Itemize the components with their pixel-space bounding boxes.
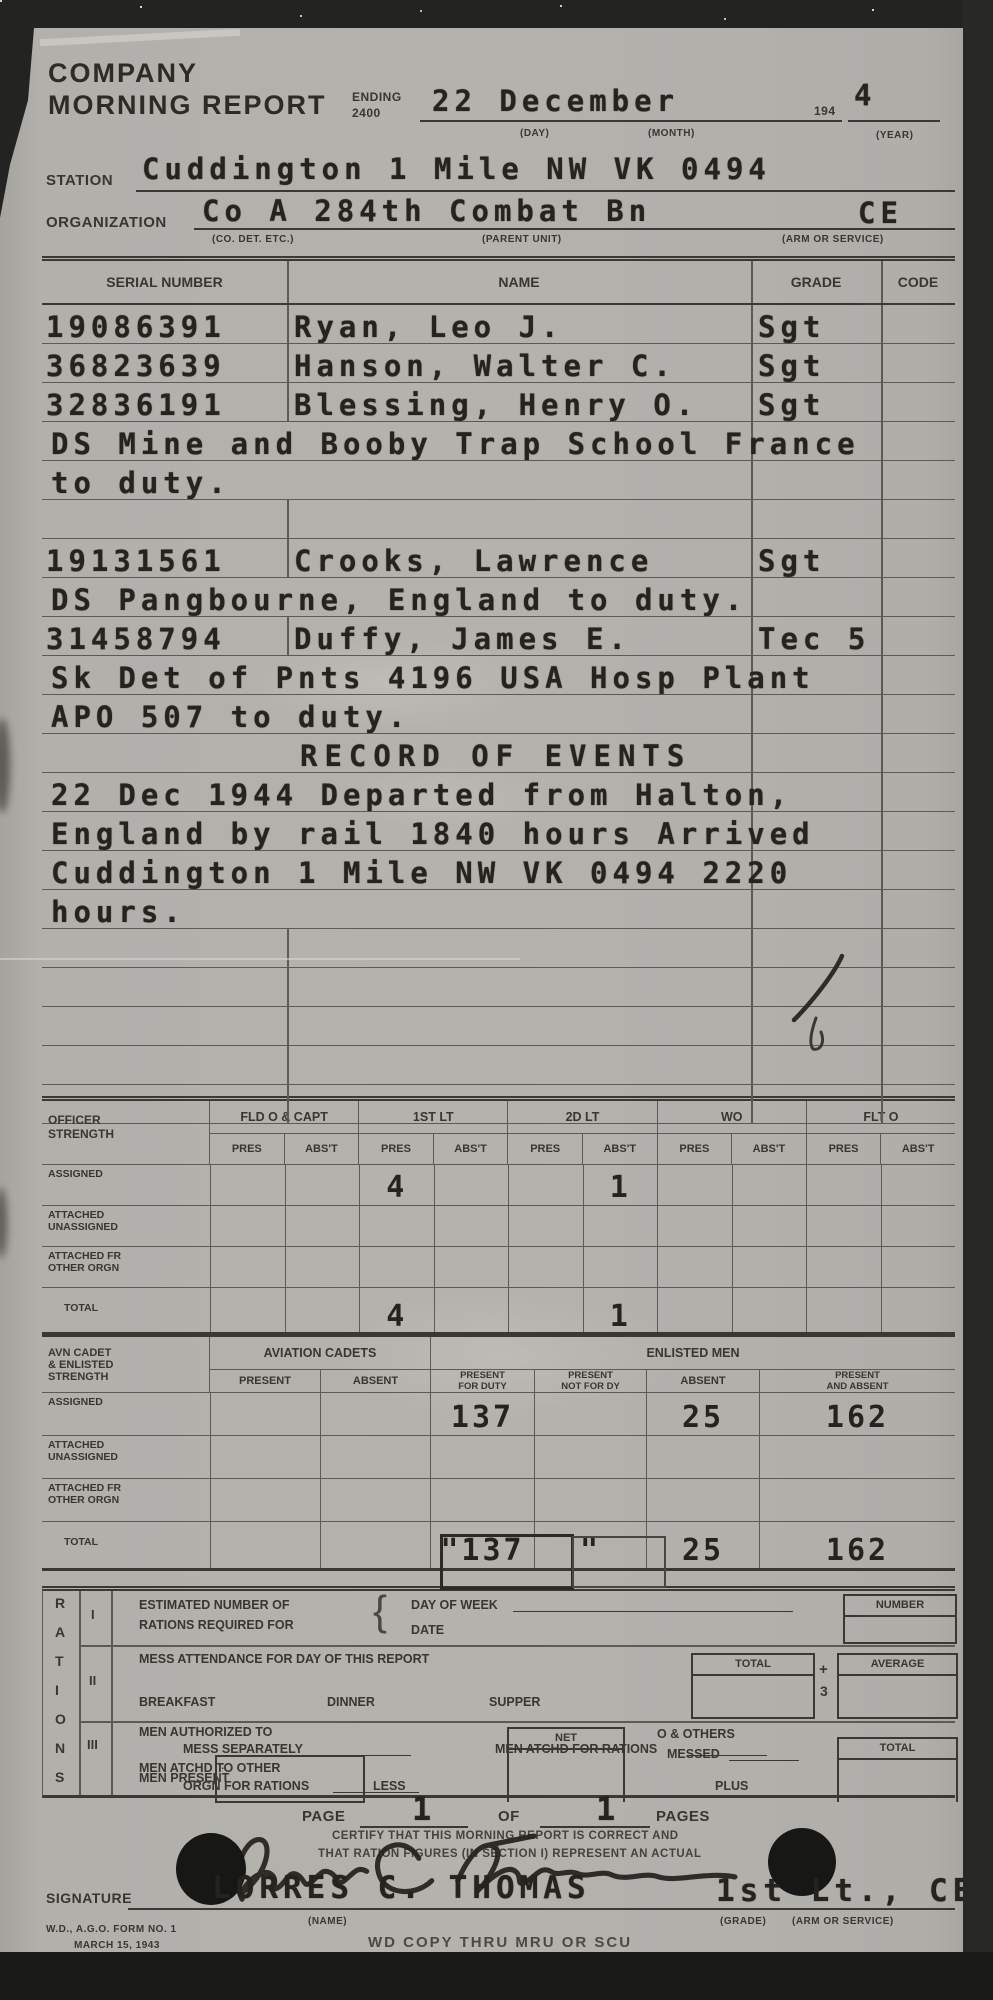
- mess-total-box: TOTAL: [691, 1653, 815, 1719]
- column-divider: [881, 578, 883, 616]
- rations-divider: [79, 1721, 955, 1723]
- column-divider: [751, 578, 753, 616]
- section-2-numeral: II: [89, 1673, 96, 1688]
- value-cell: [359, 1206, 434, 1246]
- column-divider: [881, 695, 883, 733]
- column-divider: [751, 734, 753, 772]
- scratch-line: [0, 958, 520, 960]
- handdrawn-box: [440, 1534, 574, 1590]
- remark-cell: 22 Dec 1944 Departed from Halton,: [51, 779, 792, 811]
- mess-attendance-label: MESS ATTENDANCE FOR DAY OF THIS REPORT: [139, 1652, 429, 1666]
- table-row: 19131561 Crooks, Lawrence Sgt: [42, 539, 955, 578]
- value-cell: [210, 1206, 285, 1246]
- value-cell: [508, 1206, 583, 1246]
- supper-label: SUPPER: [489, 1695, 540, 1709]
- column-divider: [881, 734, 883, 772]
- table-row: ASSIGNED 41: [42, 1165, 955, 1206]
- grade-caption: (GRADE): [720, 1916, 766, 1927]
- table-row: 19086391 Ryan, Leo J. Sgt: [42, 305, 955, 344]
- value-cell: [657, 1206, 732, 1246]
- officer-group-header: 1ST LT: [358, 1101, 507, 1133]
- column-divider: [287, 305, 289, 343]
- column-divider: [287, 344, 289, 382]
- form-title-line1: COMPANY: [48, 58, 198, 89]
- value-cell: 137: [430, 1393, 534, 1435]
- value-cell: [434, 1247, 509, 1287]
- rations-letter: T: [55, 1653, 64, 1669]
- column-divider: [881, 500, 883, 538]
- enlisted-subheader: PRESENT FOR DUTY: [430, 1370, 534, 1392]
- value-cell: [285, 1288, 360, 1334]
- value-cell: [285, 1206, 360, 1246]
- value-cell: [508, 1165, 583, 1205]
- name-cell: Crooks, Lawrence: [294, 545, 653, 577]
- value-cell: [881, 1206, 956, 1246]
- scratch-line: [40, 29, 240, 46]
- remark-cell: England by rail 1840 hours Arrived: [51, 818, 815, 850]
- remark-cell: Cuddington 1 Mile NW VK 0494 2220: [51, 857, 792, 889]
- column-divider: [751, 305, 753, 343]
- officer-group-header: FLD O & CAPT: [210, 1101, 358, 1133]
- table-row: 22 Dec 1944 Departed from Halton,: [42, 773, 955, 812]
- value-cell: [430, 1436, 534, 1478]
- value-cell: [646, 1436, 759, 1478]
- value-cell: [534, 1479, 646, 1521]
- rations-line: ESTIMATED NUMBER OF: [139, 1598, 289, 1612]
- value-cell: [210, 1436, 320, 1478]
- day-caption: (DAY): [520, 128, 549, 139]
- column-divider: [881, 344, 883, 382]
- column-divider: [287, 929, 289, 967]
- table-row: ATTACHED FR OTHER ORGN: [42, 1247, 955, 1288]
- column-divider: [751, 1085, 753, 1123]
- column-divider: [287, 383, 289, 421]
- brace-glyph: {: [373, 1587, 387, 1635]
- column-divider: [881, 851, 883, 889]
- row-label: ATTACHED FR OTHER ORGN: [42, 1247, 210, 1287]
- form-title-line2: MORNING REPORT: [48, 90, 327, 121]
- grade-cell: Sgt: [758, 389, 825, 421]
- value-cell: [210, 1479, 320, 1521]
- value-cell: [210, 1288, 285, 1334]
- col-header-name: NAME: [287, 261, 751, 303]
- column-divider: [751, 383, 753, 421]
- ending-label: ENDING: [352, 90, 402, 104]
- col-header-code: CODE: [881, 261, 955, 303]
- serial-number-cell: 36823639: [46, 350, 226, 382]
- rations-divider: [79, 1591, 81, 1795]
- table-row: ATTACHED FR OTHER ORGN: [42, 1479, 955, 1522]
- value-cell: [881, 1288, 956, 1334]
- value-cell: [881, 1247, 956, 1287]
- fill-line: [729, 1744, 799, 1761]
- column-divider: [751, 695, 753, 733]
- rations-letter: I: [55, 1682, 59, 1698]
- ending-time: 2400: [352, 106, 381, 120]
- value-cell: [210, 1393, 320, 1435]
- value-cell: [657, 1165, 732, 1205]
- rations-total-box: TOTAL: [837, 1737, 958, 1802]
- column-divider: [751, 968, 753, 1006]
- year-caption: (YEAR): [876, 130, 913, 141]
- column-divider: [881, 617, 883, 655]
- value-cell: [430, 1479, 534, 1521]
- column-divider: [751, 1046, 753, 1084]
- column-divider: [751, 344, 753, 382]
- table-row: RECORD OF EVENTS: [42, 734, 955, 773]
- messed-label: MESSED: [667, 1747, 720, 1761]
- officer-group-header-row: FLD O & CAPT1ST LT2D LTWOFLT O: [210, 1101, 955, 1134]
- column-divider: [751, 617, 753, 655]
- remark-cell: Sk Det of Pnts 4196 USA Hosp Plant: [51, 662, 815, 694]
- rations-letter: N: [55, 1740, 65, 1756]
- average-box: AVERAGE: [837, 1653, 958, 1719]
- column-divider: [881, 383, 883, 421]
- remark-cell: RECORD OF EVENTS: [300, 740, 691, 772]
- column-divider: [881, 1046, 883, 1084]
- value-cell: [732, 1206, 807, 1246]
- aviation-cadets-header: AVIATION CADETS: [210, 1337, 430, 1369]
- less-label: LESS: [373, 1779, 406, 1793]
- mess-total-label: TOTAL: [693, 1655, 813, 1676]
- officer-subheader: PRES: [657, 1134, 732, 1164]
- signer-name-typed: LORRES C. THOMAS: [212, 1870, 591, 1906]
- enlisted-subheader: ABSENT: [646, 1370, 759, 1392]
- date-label: DATE: [411, 1623, 444, 1637]
- men-present-box: [215, 1755, 365, 1803]
- value-cell: 162: [759, 1393, 955, 1435]
- value-cell: [657, 1247, 732, 1287]
- value-cell: [359, 1247, 434, 1287]
- arm-caption: (ARM OR SERVICE): [792, 1916, 894, 1927]
- value-cell: [534, 1436, 646, 1478]
- table-row: 31458794 Duffy, James E. Tec 5: [42, 617, 955, 656]
- value-cell: [759, 1479, 955, 1521]
- value-cell: 1: [583, 1288, 658, 1334]
- column-divider: [751, 1007, 753, 1045]
- value-cell: [646, 1479, 759, 1521]
- enlisted-group-header-row: AVIATION CADETS ENLISTED MEN: [210, 1337, 955, 1370]
- fill-line: [513, 1593, 793, 1612]
- value-cell: [806, 1206, 881, 1246]
- value-cell: [320, 1393, 430, 1435]
- scan-border-right: [963, 0, 993, 2000]
- value-cell: [508, 1288, 583, 1334]
- paper-sheet: COMPANY MORNING REPORT ENDING 2400 22 De…: [0, 28, 963, 1952]
- rations-letter: O: [55, 1711, 66, 1727]
- column-divider: [881, 968, 883, 1006]
- column-divider: [881, 539, 883, 577]
- remark-cell: hours.: [51, 896, 186, 928]
- enlisted-subheader: ABSENT: [320, 1370, 430, 1392]
- col-header-grade: GRADE: [751, 261, 881, 303]
- officer-subheader: ABS'T: [284, 1134, 359, 1164]
- table-row: to duty.: [42, 461, 955, 500]
- column-divider: [751, 461, 753, 499]
- table-row: ATTACHED UNASSIGNED: [42, 1436, 955, 1479]
- section-3-numeral: III: [87, 1737, 98, 1752]
- plus-label: PLUS: [715, 1779, 748, 1793]
- table-row: TOTAL 41: [42, 1288, 955, 1334]
- officer-strength-table: OFFICER STRENGTH FLD O & CAPT1ST LT2D LT…: [42, 1096, 955, 1337]
- date-underline: [420, 98, 842, 122]
- fill-line: [321, 1739, 411, 1756]
- column-divider: [287, 1046, 289, 1084]
- row-label: ATTACHED UNASSIGNED: [42, 1436, 210, 1478]
- parent-unit-caption: (PARENT UNIT): [482, 234, 562, 245]
- grade-cell: Sgt: [758, 311, 825, 343]
- breakfast-label: BREAKFAST: [139, 1695, 215, 1709]
- section-1-numeral: I: [91, 1607, 95, 1622]
- value-cell: [285, 1165, 360, 1205]
- officer-subheader: ABS'T: [433, 1134, 508, 1164]
- value-cell: [434, 1165, 509, 1205]
- value-cell: [320, 1479, 430, 1521]
- officer-subheader: PRES: [806, 1134, 881, 1164]
- edge-smudge: [0, 718, 10, 813]
- column-divider: [881, 1007, 883, 1045]
- value-cell: 162: [759, 1522, 955, 1568]
- co-det-caption: (CO. DET. ETC.): [212, 234, 294, 245]
- net-label: NET: [509, 1729, 623, 1750]
- value-cell: [732, 1165, 807, 1205]
- value-cell: [806, 1247, 881, 1287]
- table-row: Sk Det of Pnts 4196 USA Hosp Plant: [42, 656, 955, 695]
- value-cell: 4: [359, 1288, 434, 1334]
- station-label: STATION: [46, 172, 113, 189]
- rations-letter: A: [55, 1624, 65, 1640]
- number-box: NUMBER: [843, 1594, 957, 1644]
- grade-cell: Sgt: [758, 545, 825, 577]
- name-cell: Hanson, Walter C.: [294, 350, 676, 382]
- column-divider: [881, 656, 883, 694]
- column-divider: [881, 422, 883, 460]
- organization-underline: [194, 206, 955, 230]
- pen-slash-mark: [780, 946, 864, 1058]
- value-cell: [732, 1288, 807, 1334]
- remark-cell: DS Mine and Booby Trap School France: [51, 428, 860, 460]
- value-cell: [759, 1436, 955, 1478]
- column-divider: [881, 773, 883, 811]
- value-cell: [210, 1165, 285, 1205]
- grade-cell: Sgt: [758, 350, 825, 382]
- year-prefix: 194: [814, 104, 836, 118]
- enlisted-subheader: PRESENT AND ABSENT: [759, 1370, 955, 1392]
- table-row: 36823639 Hanson, Walter C. Sgt: [42, 344, 955, 383]
- row-label: ASSIGNED: [42, 1165, 210, 1205]
- value-cell: 4: [359, 1165, 434, 1205]
- rations-total-label: TOTAL: [839, 1739, 956, 1760]
- remark-cell: to duty.: [51, 467, 231, 499]
- name-caption: (NAME): [308, 1916, 347, 1927]
- value-cell: [657, 1288, 732, 1334]
- serial-number-cell: 32836191: [46, 389, 226, 421]
- table-row: APO 507 to duty.: [42, 695, 955, 734]
- divide-sign: +: [819, 1661, 828, 1678]
- edge-smudge: [0, 1188, 7, 1258]
- officer-subheader: ABS'T: [880, 1134, 955, 1164]
- serial-number-cell: 31458794: [46, 623, 226, 655]
- value-cell: [320, 1522, 430, 1568]
- column-divider: [881, 461, 883, 499]
- serial-number-cell: 19131561: [46, 545, 226, 577]
- row-label: ATTACHED UNASSIGNED: [42, 1206, 210, 1246]
- o-and-others-label: O & OTHERS: [657, 1727, 735, 1741]
- signer-grade-typed: 1st Lt., CE: [716, 1873, 976, 1909]
- form-id: W.D., A.G.O. FORM NO. 1: [46, 1924, 177, 1935]
- enlisted-subheader: PRESENT NOT FOR DY: [534, 1370, 646, 1392]
- rations-letter: R: [55, 1595, 65, 1611]
- grade-cell: Tec 5: [758, 623, 870, 655]
- value-cell: 1: [583, 1165, 658, 1205]
- rations-divider: [79, 1645, 955, 1647]
- column-divider: [287, 1007, 289, 1045]
- table-row: England by rail 1840 hours Arrived: [42, 812, 955, 851]
- table-row: [42, 500, 955, 539]
- rations-letter: S: [55, 1769, 64, 1785]
- row-label: ASSIGNED: [42, 1393, 210, 1435]
- column-divider: [881, 305, 883, 343]
- month-caption: (MONTH): [648, 128, 695, 139]
- dinner-label: DINNER: [327, 1695, 375, 1709]
- col-header-serial: SERIAL NUMBER: [42, 261, 287, 303]
- table-row: DS Mine and Booby Trap School France: [42, 422, 955, 461]
- station-underline: [136, 166, 955, 192]
- officer-subheader: PRES: [210, 1134, 284, 1164]
- value-cell: [285, 1247, 360, 1287]
- mess-separately-label: MESS SEPARATELY: [183, 1742, 303, 1756]
- table-row: ASSIGNED 13725162: [42, 1393, 955, 1436]
- organization-label: ORGANIZATION: [46, 214, 167, 231]
- officer-subheader: ABS'T: [731, 1134, 806, 1164]
- scan-border-bottom: [0, 1952, 993, 2000]
- handdrawn-box: [572, 1536, 666, 1588]
- table-row: 32836191 Blessing, Henry O. Sgt: [42, 383, 955, 422]
- wd-copy-stamp: WD COPY THRU MRU OR SCU: [368, 1934, 632, 1951]
- table-row: DS Pangbourne, England to duty.: [42, 578, 955, 617]
- remark-cell: DS Pangbourne, England to duty.: [51, 584, 747, 616]
- officer-group-header: WO: [657, 1101, 806, 1133]
- enlisted-subheader: PRESENT: [210, 1370, 320, 1392]
- rations-divider: [111, 1591, 113, 1795]
- signature-label: SIGNATURE: [46, 1890, 132, 1906]
- column-divider: [751, 890, 753, 928]
- arm-service-caption: (ARM OR SERVICE): [782, 234, 884, 245]
- row-label: ATTACHED FR OTHER ORGN: [42, 1479, 210, 1521]
- enlisted-strength-title: AVN CADET & ENLISTED STRENGTH: [42, 1337, 210, 1392]
- officer-strength-title: OFFICER STRENGTH: [42, 1101, 210, 1164]
- officer-subheader-row: PRESABS'TPRESABS'TPRESABS'TPRESABS'TPRES…: [210, 1134, 955, 1164]
- column-divider: [287, 617, 289, 655]
- row-label: TOTAL: [42, 1522, 210, 1568]
- enlisted-men-header: ENLISTED MEN: [430, 1337, 955, 1369]
- enlisted-subheader-row: PRESENTABSENTPRESENT FOR DUTYPRESENT NOT…: [210, 1370, 955, 1392]
- column-divider: [287, 500, 289, 538]
- scanned-morning-report: COMPANY MORNING REPORT ENDING 2400 22 De…: [0, 0, 993, 2000]
- column-divider: [751, 539, 753, 577]
- row-label: TOTAL: [42, 1288, 210, 1334]
- column-divider: [751, 500, 753, 538]
- value-cell: [583, 1206, 658, 1246]
- table-row: ATTACHED UNASSIGNED: [42, 1206, 955, 1247]
- roster-header-row: SERIAL NUMBER NAME GRADE CODE: [42, 261, 955, 305]
- value-cell: 25: [646, 1393, 759, 1435]
- men-authorized-label: MEN AUTHORIZED TO: [139, 1725, 272, 1739]
- table-row: Cuddington 1 Mile NW VK 0494 2220: [42, 851, 955, 890]
- divisor: 3: [820, 1683, 828, 1699]
- value-cell: [210, 1247, 285, 1287]
- officer-subheader: PRES: [358, 1134, 433, 1164]
- column-divider: [881, 929, 883, 967]
- name-cell: Ryan, Leo J.: [294, 311, 564, 343]
- form-date: MARCH 15, 1943: [74, 1940, 160, 1951]
- column-divider: [881, 812, 883, 850]
- serial-number-cell: 19086391: [46, 311, 226, 343]
- column-divider: [287, 1085, 289, 1123]
- remark-cell: APO 507 to duty.: [51, 701, 410, 733]
- column-divider: [881, 1085, 883, 1123]
- column-divider: [287, 968, 289, 1006]
- value-cell: [534, 1393, 646, 1435]
- year-underline: [848, 98, 940, 122]
- value-cell: [434, 1288, 509, 1334]
- value-cell: [583, 1247, 658, 1287]
- name-cell: Duffy, James E.: [294, 623, 631, 655]
- average-label: AVERAGE: [839, 1655, 956, 1676]
- value-cell: [806, 1165, 881, 1205]
- value-cell: [732, 1247, 807, 1287]
- value-cell: [881, 1165, 956, 1205]
- value-cell: [320, 1436, 430, 1478]
- officer-table-body: ASSIGNED 41 ATTACHED UNASSIGNED A: [42, 1165, 955, 1334]
- day-of-week-label: DAY OF WEEK: [411, 1598, 498, 1612]
- value-cell: [434, 1206, 509, 1246]
- table-row: hours.: [42, 890, 955, 929]
- value-cell: [806, 1288, 881, 1334]
- column-divider: [287, 539, 289, 577]
- column-divider: [881, 890, 883, 928]
- number-box-label: NUMBER: [845, 1596, 955, 1617]
- officer-subheader: ABS'T: [582, 1134, 657, 1164]
- rations-line: RATIONS REQUIRED FOR: [139, 1618, 294, 1632]
- officer-subheader: PRES: [507, 1134, 582, 1164]
- rations-section: RATIONS I ESTIMATED NUMBER OF RATIONS RE…: [42, 1586, 955, 1798]
- officer-group-header: 2D LT: [507, 1101, 656, 1133]
- value-cell: [508, 1247, 583, 1287]
- value-cell: [210, 1522, 320, 1568]
- scan-border-top: [0, 0, 993, 28]
- column-divider: [751, 929, 753, 967]
- name-cell: Blessing, Henry O.: [294, 389, 698, 421]
